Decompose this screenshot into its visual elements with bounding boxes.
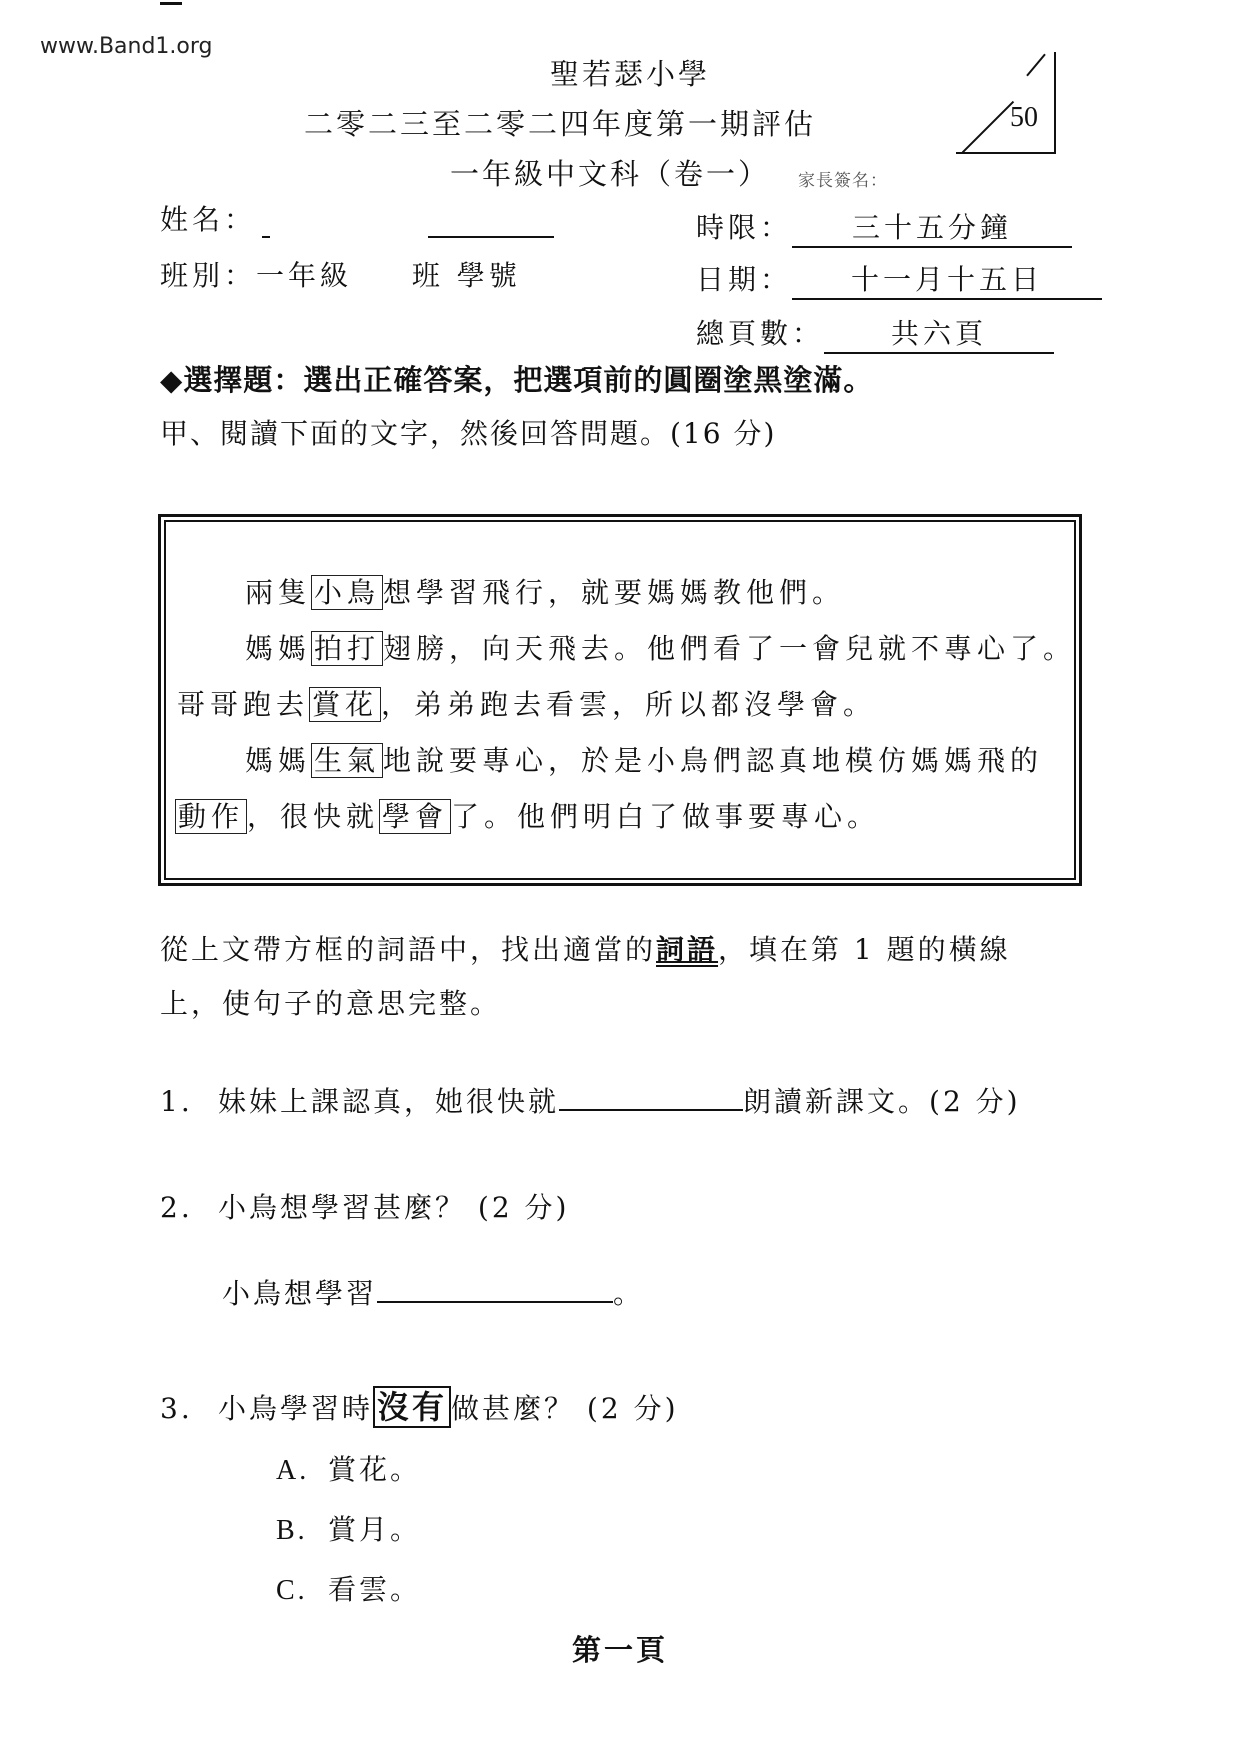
page-number: 第一頁 [0, 1628, 1240, 1669]
answer-blank-2[interactable] [377, 1301, 613, 1303]
passage-line-2: 媽媽拍打翅膀，向天飛去。他們看了一會兒就不專心了。 [245, 627, 1076, 667]
name-blank[interactable] [428, 236, 554, 238]
option-c[interactable]: C.看雲。 [276, 1568, 421, 1608]
directions-line-1: 從上文帶方框的詞語中，找出適當的詞語，填在第 1 題的橫線 [160, 928, 1011, 968]
mc-instruction: ◆選擇題：選出正確答案，把選項前的圓圈塗黑塗滿。 [160, 358, 873, 399]
boxed-word: 生氣 [311, 743, 383, 778]
name-field: 姓名： [160, 198, 256, 238]
boxed-word: 拍打 [311, 631, 383, 666]
time-value: 三十五分鐘 [792, 206, 1072, 248]
date-field: 日期：十一月十五日 [696, 258, 1102, 300]
class-label: 班別：一年級 [160, 259, 352, 292]
diamond-icon: ◆ [160, 363, 183, 397]
total-pages-field: 總頁數：共六頁 [696, 312, 1054, 354]
parent-signature-label: 家長簽名： [798, 166, 888, 191]
option-a[interactable]: A.賞花。 [276, 1448, 421, 1488]
name-blank-mark [262, 236, 270, 238]
scan-mark [160, 2, 182, 5]
question-2-answer: 小鳥想學習。 [222, 1272, 644, 1312]
passage-line-5: 動作，很快就學會了。他們明白了做事要專心。 [175, 795, 880, 835]
boxed-word: 學會 [379, 799, 451, 834]
reading-passage: 兩隻小鳥想學習飛行，就要媽媽教他們。 媽媽拍打翅膀，向天飛去。他們看了一會兒就不… [158, 514, 1082, 886]
pages-label: 總頁數： [696, 317, 824, 350]
option-b[interactable]: B.賞月。 [276, 1508, 421, 1548]
date-value: 十一月十五日 [792, 258, 1102, 300]
score-box: 50 [956, 52, 1056, 156]
passage-line-4: 媽媽生氣地說要專心，於是小鳥們認真地模仿媽媽飛的 [245, 739, 1043, 779]
pages-value: 共六頁 [824, 312, 1054, 354]
section-heading: 甲、閱讀下面的文字，然後回答問題。(16 分) [160, 412, 776, 452]
question-1: 1.妹妹上課認真，她很快就朗讀新課文。(2 分) [160, 1080, 1021, 1120]
time-limit-field: 時限：三十五分鐘 [696, 206, 1072, 248]
name-label: 姓名： [160, 203, 256, 236]
boxed-word: 動作 [175, 799, 247, 834]
passage-line-1: 兩隻小鳥想學習飛行，就要媽媽教他們。 [245, 571, 845, 611]
class-field: 班別：一年級 班 學號 [160, 254, 521, 294]
question-2: 2.小鳥想學習甚麼？ (2 分) [160, 1186, 569, 1226]
emphasized-boxed-word: 沒有 [373, 1386, 451, 1428]
question-3: 3.小鳥學習時沒有做甚麼？ (2 分) [160, 1382, 679, 1428]
total-score: 50 [1010, 102, 1038, 134]
date-label: 日期： [696, 263, 792, 296]
time-label: 時限： [696, 211, 792, 244]
passage-line-3: 哥哥跑去賞花，弟弟跑去看雲，所以都沒學會。 [177, 683, 876, 723]
class-number-label: 班 學號 [412, 259, 521, 292]
boxed-word: 賞花 [309, 687, 381, 722]
emphasized-word: 詞語 [656, 933, 718, 966]
subject-title: 一年級中文科（卷一） [0, 152, 1230, 193]
answer-blank-1[interactable] [559, 1109, 743, 1111]
boxed-word: 小鳥 [311, 575, 383, 610]
directions-line-2: 上，使句子的意思完整。 [160, 982, 501, 1022]
